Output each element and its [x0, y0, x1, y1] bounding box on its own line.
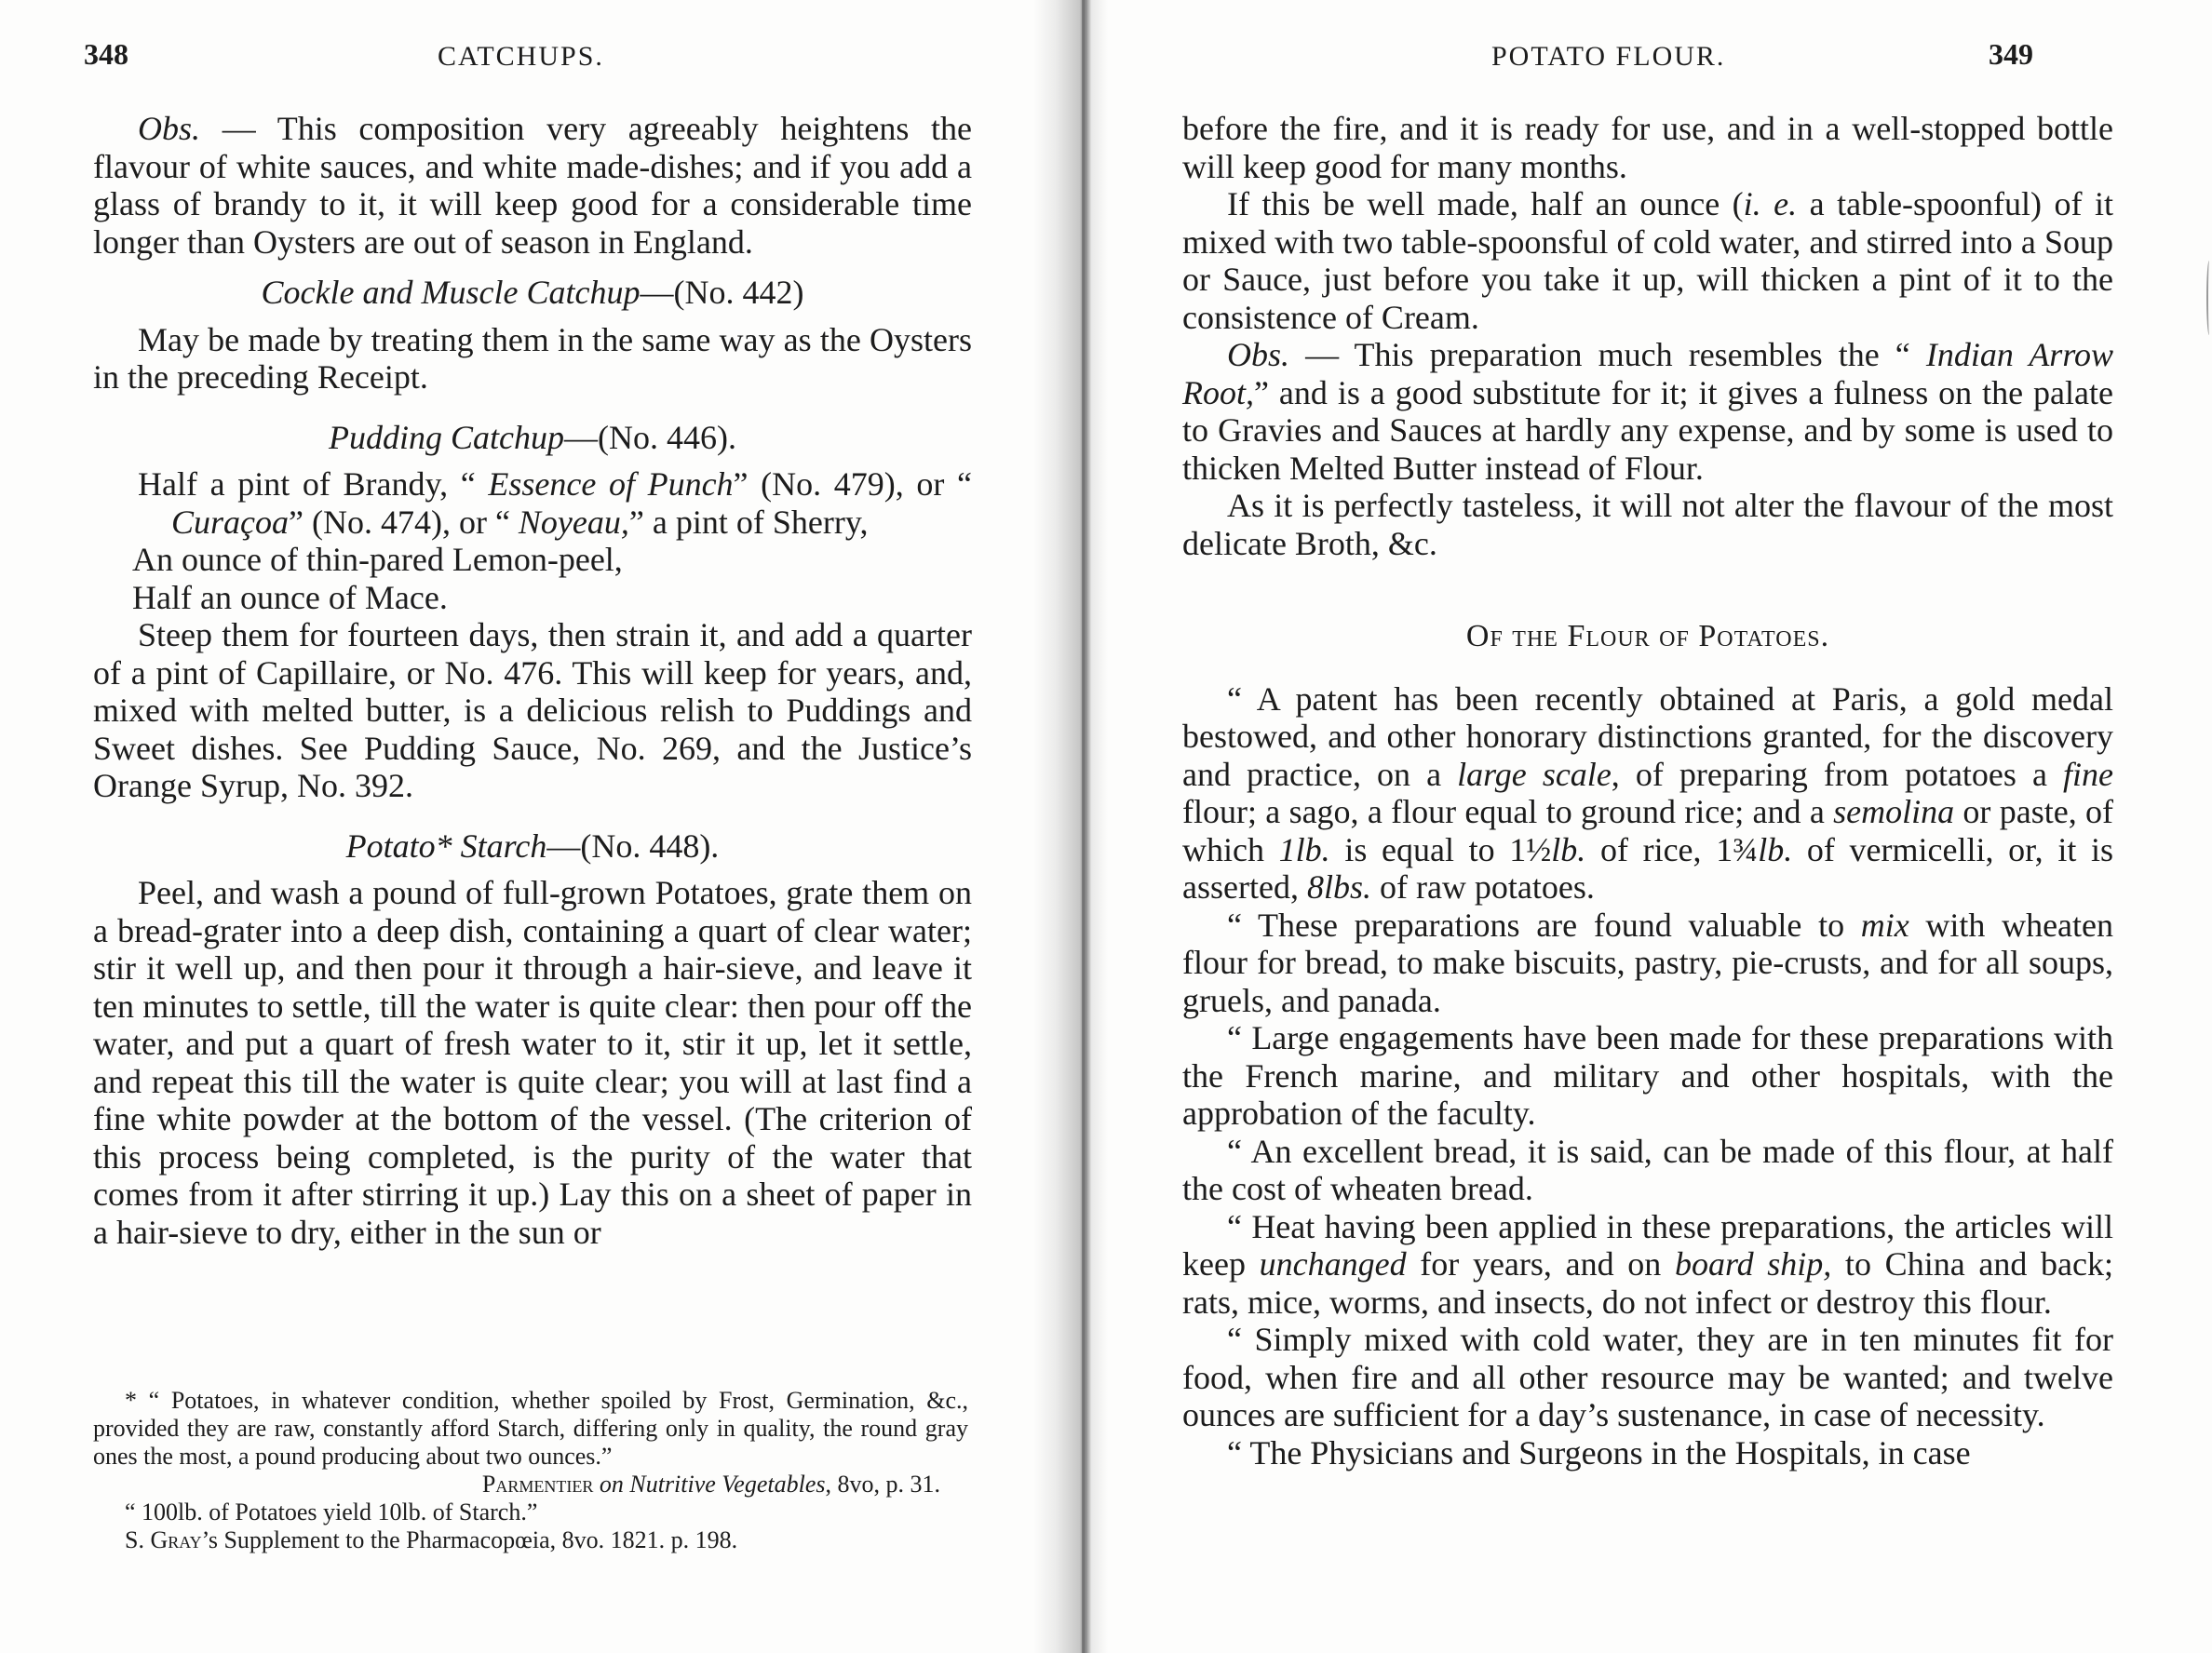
paragraph: If this be well made, half an ounce (i. … [1182, 185, 2113, 336]
ingredient-line: Half a pint of Brandy, “ Essence of Punc… [93, 465, 972, 541]
paragraph: As it is perfectly tasteless, it will no… [1182, 487, 2113, 562]
footnote-source: S. Gray’s Supplement to the Pharmacopœia… [93, 1526, 968, 1554]
quote-paragraph: “ These preparations are found valuable … [1182, 907, 2113, 1020]
footnote-quote: * “ Potatoes, in whatever condition, whe… [93, 1387, 968, 1471]
right-page: POTATO FLOUR. 349 before the fire, and i… [1089, 0, 2212, 1653]
recipe-title: Cockle and Muscle Catchup—(No. 442) [93, 274, 972, 312]
footnote-quote: “ 100lb. of Potatoes yield 10lb. of Star… [93, 1498, 968, 1526]
recipe-text: Peel, and wash a pound of full-grown Pot… [93, 874, 972, 1251]
ingredient-line: Half an ounce of Mace. [93, 579, 972, 617]
left-page-body: Obs. — This composition very agreeably h… [93, 110, 972, 1251]
quote-paragraph: “ Simply mixed with cold water, they are… [1182, 1321, 2113, 1434]
footnote-source: Parmentier on Nutritive Vegetables, 8vo,… [93, 1471, 968, 1498]
quote-paragraph: “ An excellent bread, it is said, can be… [1182, 1133, 2113, 1208]
section-heading: Of the Flour of Potatoes. [1182, 618, 2113, 656]
running-head: POTATO FLOUR. [1491, 41, 1725, 73]
running-head: CATCHUPS. [438, 41, 604, 73]
quote-paragraph: “ Large engagements have been made for t… [1182, 1019, 2113, 1133]
book-spread: 348 CATCHUPS. Obs. — This composition ve… [0, 0, 2212, 1653]
recipe-text: Steep them for fourteen days, then strai… [93, 616, 972, 805]
right-page-body: before the fire, and it is ready for use… [1182, 110, 2113, 1472]
recipe-text: May be made by treating them in the same… [93, 321, 972, 396]
obs-paragraph: Obs. — This preparation much resembles t… [1182, 336, 2113, 487]
left-page: 348 CATCHUPS. Obs. — This composition ve… [0, 0, 1061, 1653]
recipe-title: Pudding Catchup—(No. 446). [93, 419, 972, 457]
quote-paragraph: “ The Physicians and Surgeons in the Hos… [1182, 1434, 2113, 1472]
obs-label: Obs. [138, 110, 200, 147]
obs-label: Obs. [1227, 336, 1289, 373]
book-spine-line [1082, 0, 1085, 1653]
quote-paragraph: “ A patent has been recently obtained at… [1182, 680, 2113, 907]
recipe-title: Potato* Starch—(No. 448). [93, 827, 972, 866]
obs-paragraph: Obs. — This composition very agreeably h… [93, 110, 972, 261]
footnote: * “ Potatoes, in whatever condition, whe… [93, 1387, 968, 1554]
page-number: 348 [84, 37, 128, 72]
page-number: 349 [1989, 37, 2033, 72]
quote-paragraph: “ Heat having been applied in these prep… [1182, 1208, 2113, 1322]
ingredient-line: An ounce of thin-pared Lemon-peel, [93, 541, 972, 579]
continuation-paragraph: before the fire, and it is ready for use… [1182, 110, 2113, 185]
